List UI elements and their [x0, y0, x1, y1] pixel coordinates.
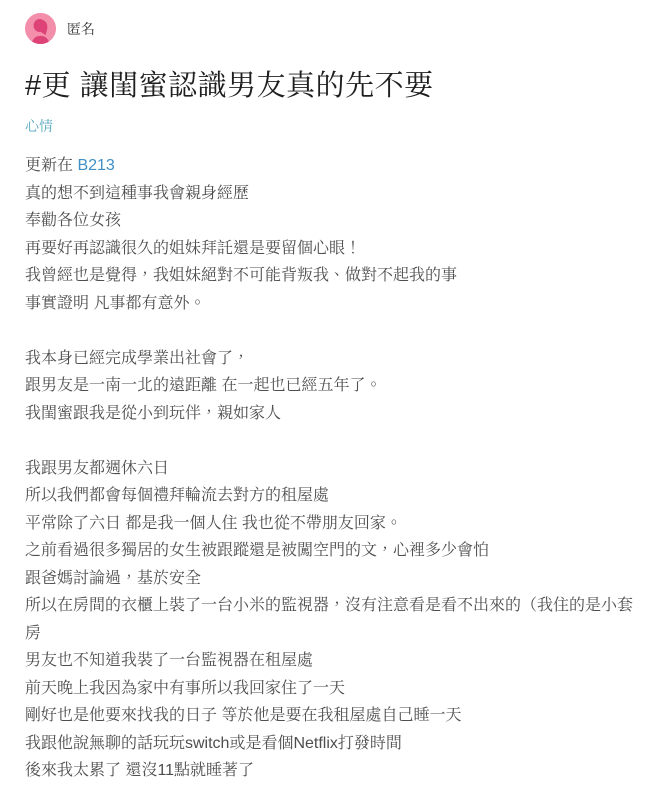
body-line: 奉勸各位女孩 [25, 207, 637, 235]
body-line-update: 更新在 B213 [25, 152, 637, 180]
body-line: 剛好也是他要來找我的日子 等於他是要在我租屋處自己睡一天 [25, 702, 637, 730]
post-body: 更新在 B213 真的想不到這種事我會親身經歷奉勸各位女孩再要好再認識很久的姐妹… [25, 152, 637, 785]
person-silhouette-icon [25, 13, 56, 44]
body-line: 跟男友是一南一北的遠距離 在一起也已經五年了。 [25, 372, 637, 400]
body-line: 我本身已經完成學業出社會了， [25, 345, 637, 373]
body-line: 後來我太累了 還沒11點就睡著了 [25, 757, 637, 785]
body-lines: 真的想不到這種事我會親身經歷奉勸各位女孩再要好再認識很久的姐妹拜託還是要留個心眼… [25, 180, 637, 785]
body-line: 我跟他說無聊的話玩玩switch或是看個Netflix打發時間 [25, 730, 637, 758]
post-author-row: 匿名 [25, 13, 637, 44]
body-line: 我跟男友都週休六日 [25, 455, 637, 483]
body-line: 真的想不到這種事我會親身經歷 [25, 180, 637, 208]
body-line: 事實證明 凡事都有意外。 [25, 290, 637, 318]
topic-tag-link[interactable]: 心情 [25, 116, 53, 136]
body-line: 所以在房間的衣櫃上裝了一台小米的監視器，沒有注意看是看不出來的（我住的是小套房 [25, 592, 637, 647]
body-line: 前天晚上我因為家中有事所以我回家住了一天 [25, 675, 637, 703]
body-line: 我曾經也是覺得，我姐妹絕對不可能背叛我、做對不起我的事 [25, 262, 637, 290]
body-line: 跟爸媽討論過，基於安全 [25, 565, 637, 593]
body-line [25, 427, 637, 455]
body-line: 男友也不知道我裝了一台監視器在租屋處 [25, 647, 637, 675]
comment-floor-link[interactable]: B213 [77, 157, 114, 174]
anonymous-avatar [25, 13, 56, 44]
body-line: 平常除了六日 都是我一個人住 我也從不帶朋友回家。 [25, 510, 637, 538]
update-prefix-text: 更新在 [25, 157, 77, 174]
body-line: 所以我們都會每個禮拜輪流去對方的租屋處 [25, 482, 637, 510]
author-label: 匿名 [67, 19, 95, 39]
body-line: 我閨蜜跟我是從小到玩伴，親如家人 [25, 400, 637, 428]
body-line: 之前看過很多獨居的女生被跟蹤還是被闖空門的文，心裡多少會怕 [25, 537, 637, 565]
post-title: #更 讓閨蜜認識男友真的先不要 [25, 70, 637, 103]
post-page: 匿名 #更 讓閨蜜認識男友真的先不要 心情 更新在 B213 真的想不到這種事我… [0, 0, 667, 785]
body-line [25, 317, 637, 345]
body-line: 再要好再認識很久的姐妹拜託還是要留個心眼！ [25, 235, 637, 263]
